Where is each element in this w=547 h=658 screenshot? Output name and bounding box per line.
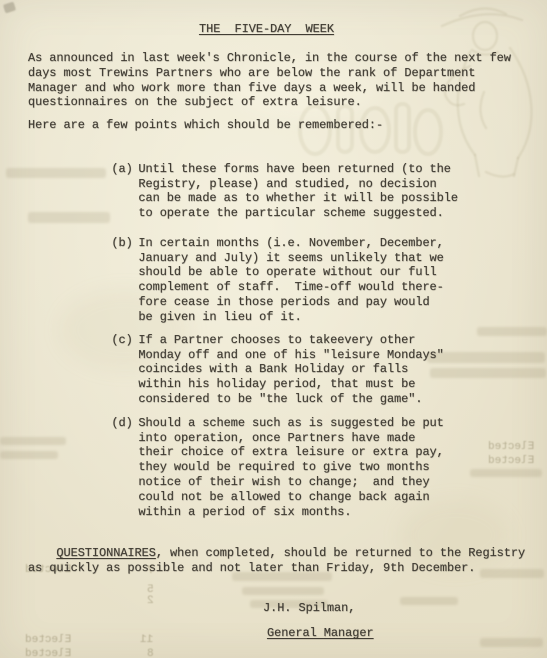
memo-title: THE FIVE-DAY WEEK (0, 22, 533, 37)
memo-points-intro: Here are a few points which should be re… (28, 118, 533, 133)
scanned-memo-page: Elected Elected Elected Elected Elected … (0, 0, 547, 658)
ghost-elected-label: Elected (488, 455, 534, 468)
signature-role: General Manager (267, 626, 374, 641)
ghost-smudge (0, 437, 66, 445)
ghost-tally-number: 2 (147, 595, 154, 608)
ghost-smudge (477, 327, 547, 336)
point-text: Until these forms have been returned (to… (138, 162, 484, 221)
point-label: (b) (111, 236, 138, 251)
memo-closing-paragraph: QUESTIONNAIRES, when completed, should b… (28, 531, 538, 590)
ghost-elected-label: Elected (25, 634, 71, 647)
ghost-tally-number: 8 (147, 648, 154, 658)
point-label: (c) (111, 333, 138, 348)
signature-name: J.H. Spilman, (263, 601, 355, 616)
point-label: (a) (111, 162, 138, 177)
point-text: Should a scheme such as is suggested be … (138, 416, 484, 520)
scan-corner-mark (3, 2, 16, 14)
ghost-tally-number: 11 (140, 634, 153, 647)
ghost-smudge (480, 638, 543, 647)
point-label: (d) (111, 416, 138, 431)
ghost-smudge (400, 597, 458, 605)
point-text: In certain months (i.e. November, Decemb… (138, 236, 484, 325)
ghost-elected-label: Elected (25, 648, 71, 658)
point-text: If a Partner chooses to takeevery other … (138, 333, 484, 407)
memo-point-d: (d)Should a scheme such as is suggested … (83, 401, 484, 534)
ghost-elected-label: Elected (488, 441, 534, 454)
ghost-smudge (0, 451, 58, 459)
memo-intro-paragraph: As announced in last week's Chronicle, i… (28, 51, 533, 110)
closing-lead-word: QUESTIONNAIRES (56, 546, 155, 560)
